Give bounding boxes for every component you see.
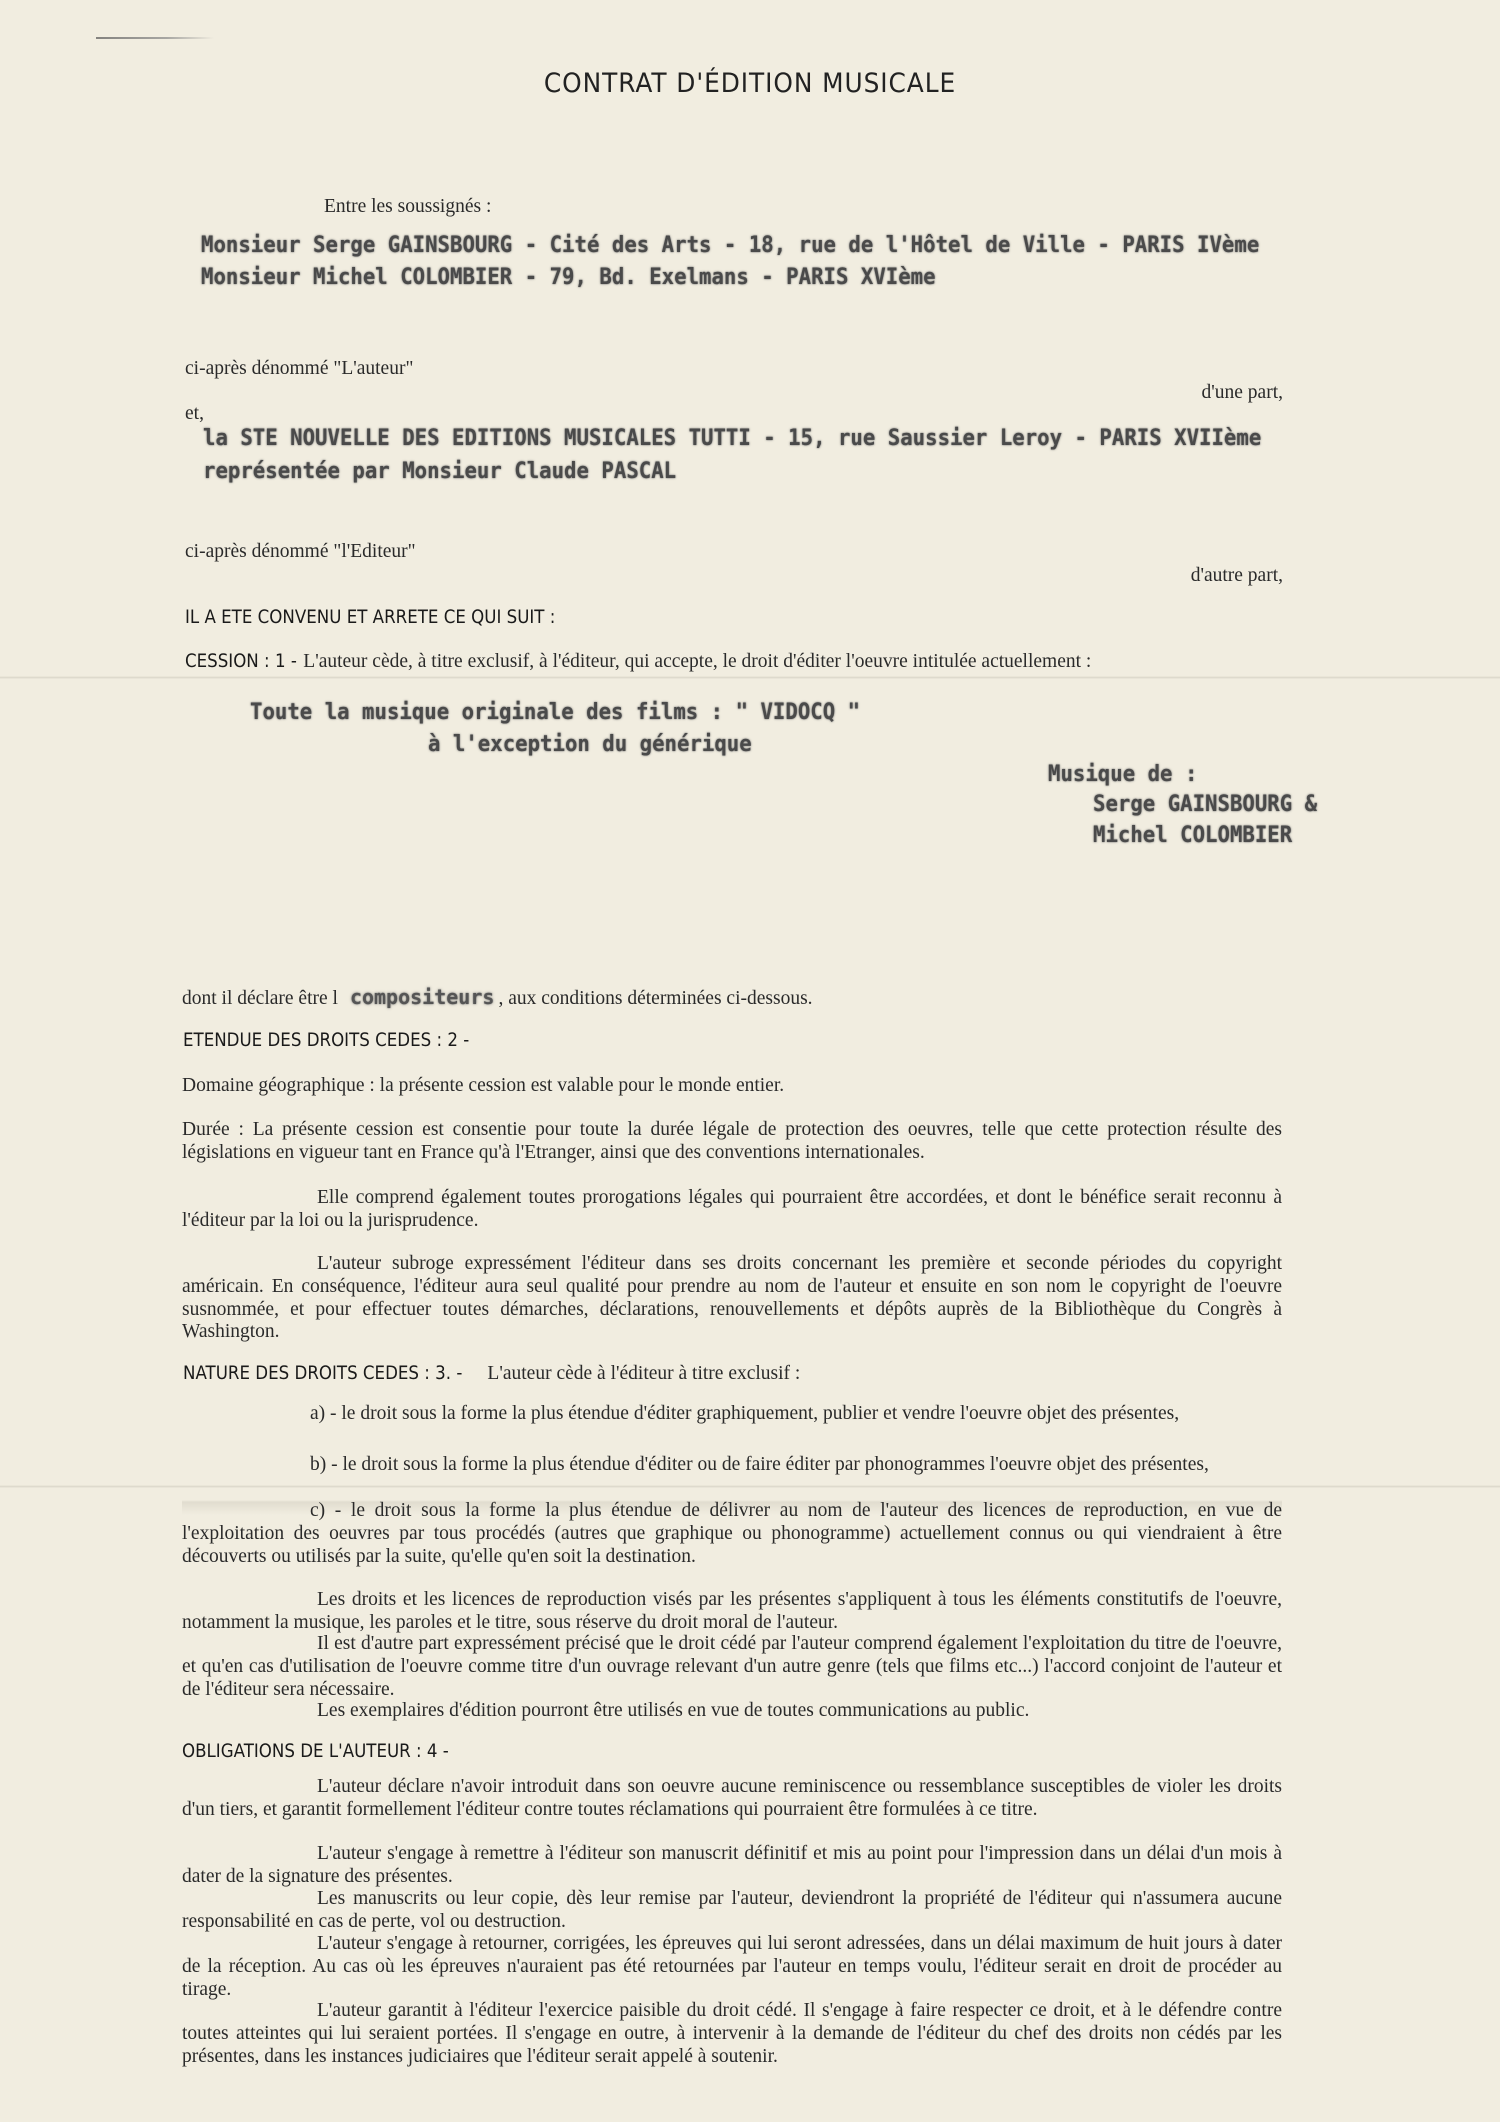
pen-mark <box>96 37 214 39</box>
paper-fold <box>0 1485 1500 1488</box>
composer-2: Michel COLOMBIER <box>1093 823 1292 848</box>
agreed-heading: IL A ETE CONVENU ET ARRETE CE QUI SUIT : <box>185 607 555 628</box>
declare-prefix: dont il déclare être l <box>182 988 338 1009</box>
paper-fold <box>0 676 1500 679</box>
extent-copyright: L'auteur subroge expressément l'éditeur … <box>182 1253 1282 1344</box>
nature-paragraph-2: Il est d'autre part expressément précisé… <box>182 1633 1282 1701</box>
obligations-paragraph-3: Les manuscrits ou leur copie, dès leur r… <box>182 1888 1282 1934</box>
nature-item-a: a) - le droit sous la forme la plus éten… <box>182 1403 1282 1426</box>
author-line-2: Monsieur Michel COLOMBIER - 79, Bd. Exel… <box>201 265 936 290</box>
obligations-paragraph-2: L'auteur s'engage à remettre à l'éditeur… <box>182 1843 1282 1889</box>
declare-line: dont il déclare être lcompositeurs, aux … <box>182 986 813 1011</box>
nature-clause: NATURE DES DROITS CEDES : 3. - L'auteur … <box>183 1363 800 1386</box>
nature-item-c: c) - le droit sous la forme la plus éten… <box>182 1500 1282 1568</box>
music-by-label: Musique de : <box>1048 762 1197 787</box>
cession-clause: CESSION : 1 - L'auteur cède, à titre exc… <box>185 651 1091 674</box>
document-title: CONTRAT D'ÉDITION MUSICALE <box>60 68 1440 99</box>
nature-paragraph-3: Les exemplaires d'édition pourront être … <box>182 1700 1282 1723</box>
obligations-paragraph-1: L'auteur déclare n'avoir introduit dans … <box>182 1776 1282 1822</box>
extent-heading: ETENDUE DES DROITS CEDES : 2 - <box>183 1030 469 1051</box>
extent-prorogation: Elle comprend également toutes prorogati… <box>182 1187 1282 1233</box>
obligations-paragraph-5: L'auteur garantit à l'éditeur l'exercice… <box>182 2000 1282 2068</box>
composer-1: Serge GAINSBOURG & <box>1093 792 1317 817</box>
publisher-alias: ci-après dénommé "l'Editeur" <box>185 541 416 564</box>
extent-duration: Durée : La présente cession est consenti… <box>182 1119 1282 1165</box>
declare-suffix: , aux conditions déterminées ci-dessous. <box>498 988 812 1009</box>
work-title-line-2: à l'exception du générique <box>428 732 752 757</box>
author-alias: ci-après dénommé "L'auteur" <box>185 358 413 381</box>
declare-role: compositeurs <box>350 985 495 1009</box>
publisher-line-1: la STE NOUVELLE DES EDITIONS MUSICALES T… <box>203 426 1261 451</box>
intro-text: Entre les soussignés : <box>324 196 491 219</box>
cession-text: L'auteur cède, à titre exclusif, à l'édi… <box>303 651 1091 672</box>
nature-heading: NATURE DES DROITS CEDES : 3. - <box>183 1363 462 1384</box>
cession-heading: CESSION : 1 - <box>185 651 297 672</box>
contract-page: CONTRAT D'ÉDITION MUSICALE Entre les sou… <box>0 0 1500 2122</box>
author-line-1: Monsieur Serge GAINSBOURG - Cité des Art… <box>201 233 1259 258</box>
publisher-line-2: représentée par Monsieur Claude PASCAL <box>203 459 676 484</box>
and-label: et, <box>185 403 204 426</box>
second-party-label: d'autre part, <box>1000 565 1283 588</box>
nature-paragraph-1: Les droits et les licences de reproducti… <box>182 1589 1282 1635</box>
nature-intro: L'auteur cède à l'éditeur à titre exclus… <box>487 1363 800 1384</box>
work-title-line-1: Toute la musique originale des films : "… <box>250 700 860 725</box>
obligations-paragraph-4: L'auteur s'engage à retourner, corrigées… <box>182 1933 1282 2001</box>
nature-item-b: b) - le droit sous la forme la plus éten… <box>182 1454 1282 1477</box>
first-party-label: d'une part, <box>1000 382 1283 405</box>
obligations-heading: OBLIGATIONS DE L'AUTEUR : 4 - <box>182 1741 449 1762</box>
extent-domain: Domaine géographique : la présente cessi… <box>182 1075 1282 1098</box>
